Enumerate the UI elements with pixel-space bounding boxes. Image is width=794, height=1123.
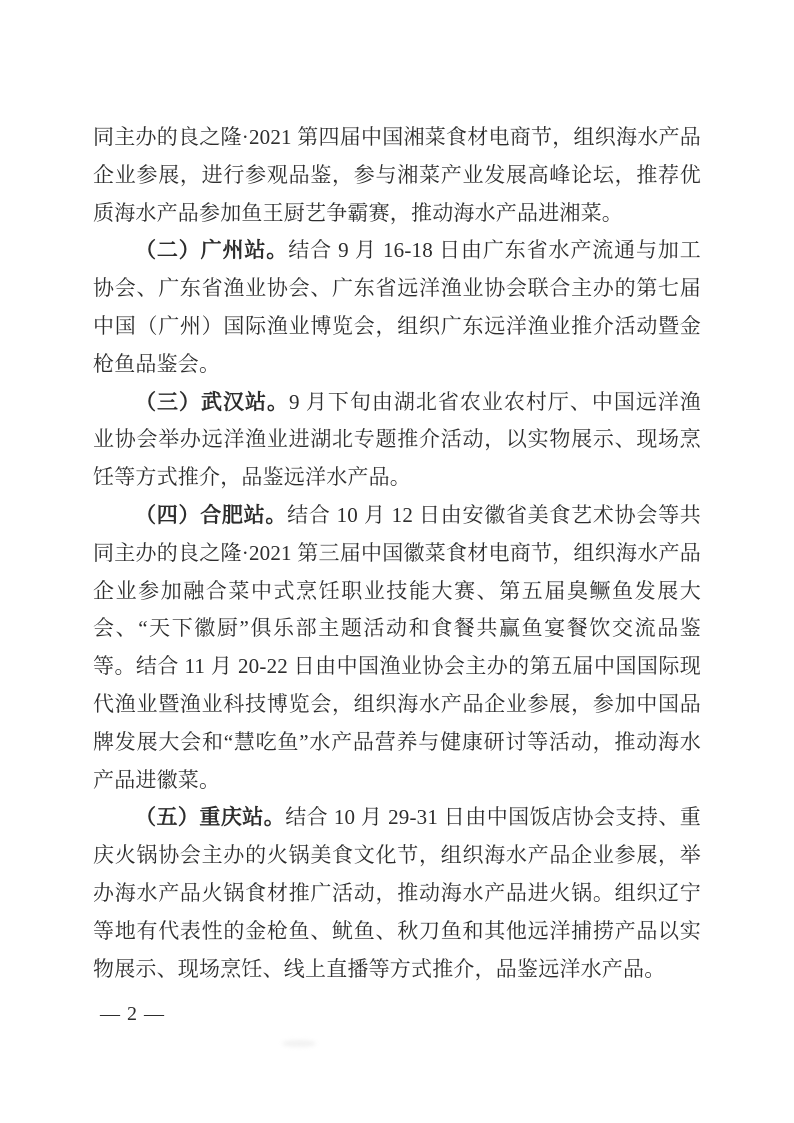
paragraph-text: 同主办的良之隆·2021 第四届中国湘菜食材电商节，组织海水产品企业参展，进行参…	[93, 125, 701, 225]
page-number: — 2 —	[100, 1000, 165, 1028]
document-page: 同主办的良之隆·2021 第四届中国湘菜食材电商节，组织海水产品企业参展，进行参…	[0, 0, 794, 1123]
paragraph: 同主办的良之隆·2021 第四届中国湘菜食材电商节，组织海水产品企业参展，进行参…	[93, 119, 701, 232]
paragraph-heading: （三）武汉站。	[135, 390, 289, 414]
scan-artifact	[282, 1040, 316, 1047]
paragraph: （三）武汉站。9 月下旬由湖北省农业农村厅、中国远洋渔业协会举办远洋渔业进湖北专…	[93, 384, 701, 497]
paragraph-heading: （四）合肥站。	[135, 503, 287, 527]
paragraph-heading: （五）重庆站。	[135, 805, 285, 829]
document-body: 同主办的良之隆·2021 第四届中国湘菜食材电商节，组织海水产品企业参展，进行参…	[93, 119, 701, 988]
paragraph: （四）合肥站。结合 10 月 12 日由安徽省美食艺术协会等共同主办的良之隆·2…	[93, 497, 701, 799]
paragraph-text: 结合 10 月 29-31 日由中国饭店协会支持、重庆火锅协会主办的火锅美食文化…	[93, 805, 701, 980]
paragraph: （五）重庆站。结合 10 月 29-31 日由中国饭店协会支持、重庆火锅协会主办…	[93, 799, 701, 988]
paragraph-heading: （二）广州站。	[135, 238, 288, 262]
paragraph-text: 结合 10 月 12 日由安徽省美食艺术协会等共同主办的良之隆·2021 第三届…	[93, 503, 701, 792]
paragraph: （二）广州站。结合 9 月 16-18 日由广东省水产流通与加工协会、广东省渔业…	[93, 232, 701, 383]
